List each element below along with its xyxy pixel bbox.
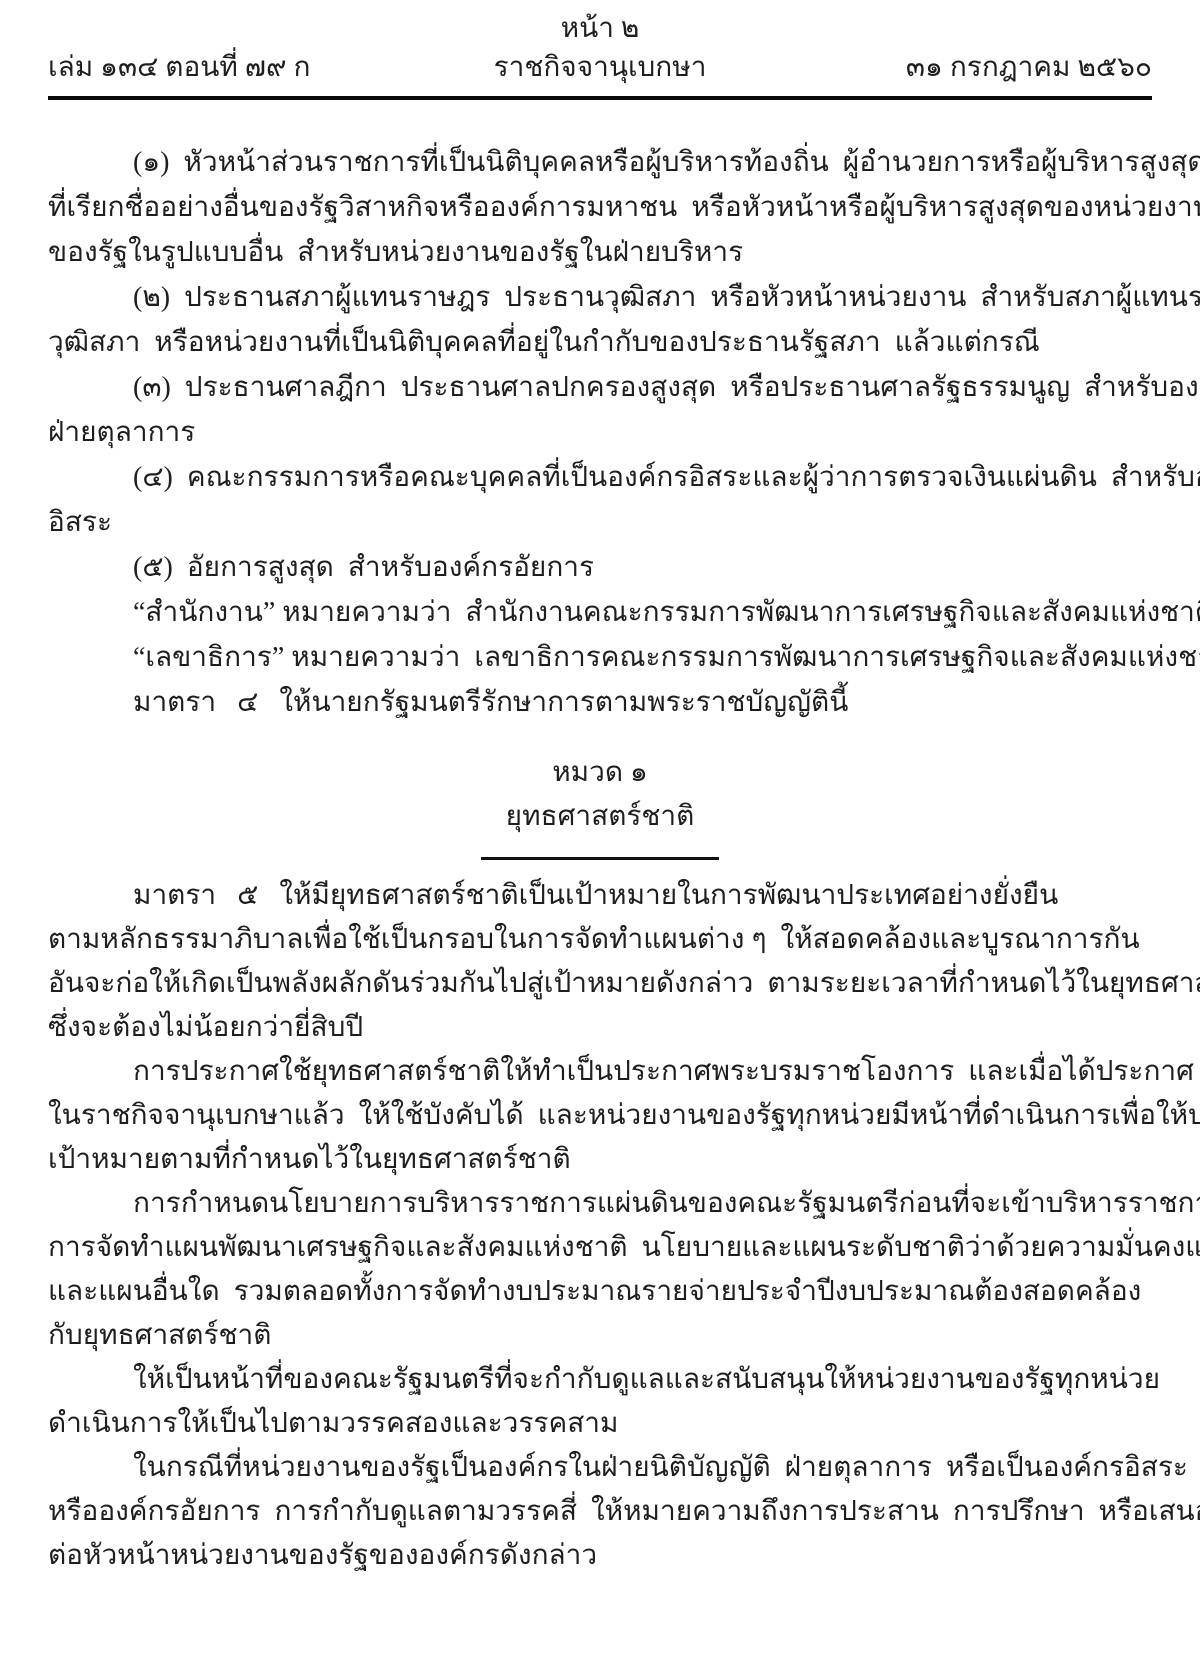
document-body: (๑) หัวหน้าส่วนราชการที่เป็นนิติบุคคลหรื…	[48, 140, 1152, 1578]
text-line: วุฒิสภา หรือหน่วยงานที่เป็นนิติบุคคลที่อ…	[48, 320, 1152, 365]
text-line: ที่เรียกชื่ออย่างอื่นของรัฐวิสาหกิจหรืออ…	[48, 185, 1152, 230]
text-line: “สำนักงาน” หมายความว่า สำนักงานคณะกรรมกา…	[48, 590, 1152, 635]
text-line: เป้าหมายตามที่กำหนดไว้ในยุทธศาสตร์ชาติ	[48, 1138, 1152, 1182]
text-line: มาตรา ๔ ให้นายกรัฐมนตรีรักษาการตามพระราช…	[48, 680, 1152, 725]
volume-issue-label: เล่ม ๑๓๔ ตอนที่ ๗๙ ก	[48, 48, 310, 88]
gazette-page: หน้า ๒ เล่ม ๑๓๔ ตอนที่ ๗๙ ก ราชกิจจานุเบ…	[0, 0, 1200, 1578]
text-line: และแผนอื่นใด รวมตลอดทั้งการจัดทำงบประมาณ…	[48, 1270, 1152, 1314]
text-line: อันจะก่อให้เกิดเป็นพลังผลักดันร่วมกันไปส…	[48, 962, 1152, 1006]
text-line: (๕) อัยการสูงสุด สำหรับองค์กรอัยการ	[48, 545, 1152, 590]
text-line: การประกาศใช้ยุทธศาสตร์ชาติให้ทำเป็นประกา…	[48, 1050, 1152, 1094]
text-line: ในราชกิจจานุเบกษาแล้ว ให้ใช้บังคับได้ แล…	[48, 1094, 1152, 1138]
text-line: ต่อหัวหน้าหน่วยงานของรัฐขององค์กรดังกล่า…	[48, 1534, 1152, 1578]
text-line: ในกรณีที่หน่วยงานของรัฐเป็นองค์กรในฝ่ายน…	[48, 1446, 1152, 1490]
text-line: ดำเนินการให้เป็นไปตามวรรคสองและวรรคสาม	[48, 1402, 1152, 1446]
chapter-title: ยุทธศาสตร์ชาติ	[48, 795, 1152, 839]
text-line: “เลขาธิการ” หมายความว่า เลขาธิการคณะกรรม…	[48, 635, 1152, 680]
text-line: การจัดทำแผนพัฒนาเศรษฐกิจและสังคมแห่งชาติ…	[48, 1226, 1152, 1270]
header-rule	[48, 96, 1152, 100]
text-line: กับยุทธศาสตร์ชาติ	[48, 1314, 1152, 1358]
section-divider	[481, 857, 719, 860]
page-header: หน้า ๒ เล่ม ๑๓๔ ตอนที่ ๗๙ ก ราชกิจจานุเบ…	[48, 10, 1152, 100]
text-line: ซึ่งจะต้องไม่น้อยกว่ายี่สิบปี	[48, 1006, 1152, 1050]
clauses-and-definitions: (๑) หัวหน้าส่วนราชการที่เป็นนิติบุคคลหรื…	[48, 140, 1152, 725]
text-line: การกำหนดนโยบายการบริหารราชการแผ่นดินของค…	[48, 1182, 1152, 1226]
text-line: (๔) คณะกรรมการหรือคณะบุคคลที่เป็นองค์กรอ…	[48, 455, 1152, 500]
section-5-text: มาตรา ๕ ให้มียุทธศาสตร์ชาติเป็นเป้าหมายใ…	[48, 874, 1152, 1578]
header-row: เล่ม ๑๓๔ ตอนที่ ๗๙ ก ราชกิจจานุเบกษา ๓๑ …	[48, 48, 1152, 88]
text-line: ให้เป็นหน้าที่ของคณะรัฐมนตรีที่จะกำกับดู…	[48, 1358, 1152, 1402]
text-line: อิสระ	[48, 500, 1152, 545]
text-line: ของรัฐในรูปแบบอื่น สำหรับหน่วยงานของรัฐใ…	[48, 230, 1152, 275]
text-line: ฝ่ายตุลาการ	[48, 410, 1152, 455]
text-line: (๑) หัวหน้าส่วนราชการที่เป็นนิติบุคคลหรื…	[48, 140, 1152, 185]
text-line: ตามหลักธรรมาภิบาลเพื่อใช้เป็นกรอบในการจั…	[48, 918, 1152, 962]
chapter-heading: หมวด ๑	[48, 751, 1152, 795]
text-line: (๒) ประธานสภาผู้แทนราษฎร ประธานวุฒิสภา ห…	[48, 275, 1152, 320]
page-number-label: หน้า ๒	[48, 10, 1152, 48]
text-line: (๓) ประธานศาลฎีกา ประธานศาลปกครองสูงสุด …	[48, 365, 1152, 410]
issue-date: ๓๑ กรกฎาคม ๒๕๖๐	[906, 48, 1152, 88]
gazette-title: ราชกิจจานุเบกษา	[494, 48, 707, 88]
text-line: มาตรา ๕ ให้มียุทธศาสตร์ชาติเป็นเป้าหมายใ…	[48, 874, 1152, 918]
text-line: หรือองค์กรอัยการ การกำกับดูแลตามวรรคสี่ …	[48, 1490, 1152, 1534]
